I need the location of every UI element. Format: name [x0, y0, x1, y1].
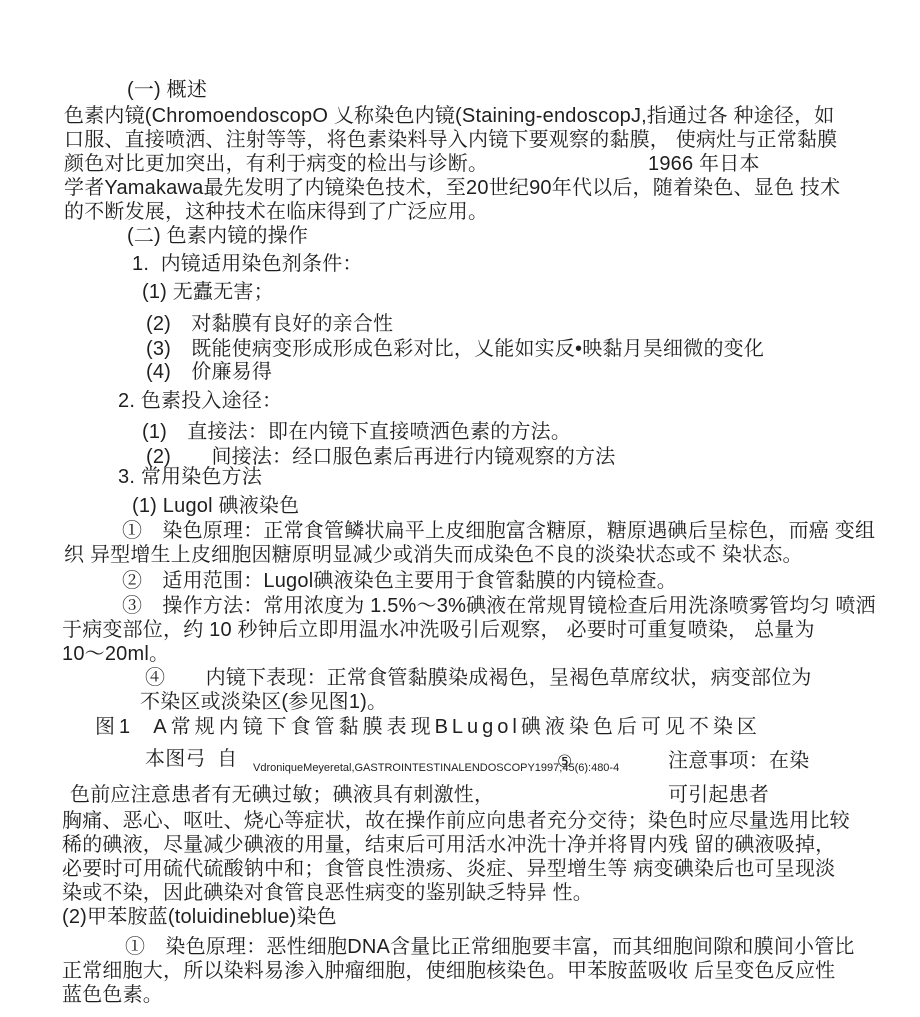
list-item-direct: (1) 直接法：即在内镜下直接喷洒色素的方法。	[142, 420, 571, 444]
paragraph-line: ③ 操作方法：常用浓度为 1.5%～3%碘液在常规胃镜检查后用洗涤喷雾管均匀 喷…	[122, 594, 876, 618]
list-item-conditions: 1. 内镜适用染色剂条件：	[132, 252, 363, 276]
paragraph-line: ① 染色原理：正常食管鳞状扁平上皮细胞富含糖原，糖原遇碘后呈棕色，而癌 变组	[122, 519, 875, 543]
paragraph-line: ② 适用范围：Lugol碘液染色主要用于食管黏膜的内镜检查。	[122, 569, 677, 593]
paragraph-line: 不染区或淡染区(参见图1)。	[140, 690, 387, 714]
list-item-methods: 3. 常用染色方法	[118, 465, 262, 489]
list-item-routes: 2. 色素投入途径：	[118, 389, 282, 413]
note-continuation: 可引起患者	[668, 783, 769, 807]
paragraph-line: 必要时可用硫代硫酸钠中和；食管良性溃疡、炎症、异型增生等 病变碘染后也可呈现淡	[62, 857, 835, 881]
citation-marker: ⑤	[557, 750, 572, 774]
subheading-lugol: (1) Lugol 碘液染色	[132, 494, 299, 518]
document-page: (一) 概述 色素内镜(ChromoendoscopO 乂称染色内镜(Stain…	[0, 0, 920, 1017]
paragraph-line: 色素内镜(ChromoendoscopO 乂称染色内镜(Staining-end…	[64, 104, 835, 128]
year-note: 1966 年日本	[648, 152, 760, 176]
list-item-1: (1) 无蠹无害；	[142, 280, 274, 304]
list-item-4: (4) 价廉易得	[146, 360, 272, 384]
paragraph-line: 10～20ml。	[62, 642, 169, 666]
note-heading: 注意事项：在染	[668, 749, 809, 773]
paragraph-line: ④ 内镜下表现：正常食管黏膜染成褐色，呈褐色草席纹状，病变部位为	[145, 666, 812, 690]
heading-operation: (二) 色素内镜的操作	[127, 224, 308, 248]
paragraph-line: 稀的碘液，尽量减少碘液的用量，结束后可用活水冲洗十净并将胃内残 留的碘液吸掉，	[62, 833, 835, 857]
paragraph-line: 染或不染，因此碘染对食管良恶性病变的鉴别缺乏特异 性。	[62, 881, 593, 905]
paragraph-line: 正常细胞大，所以染料易渗入肿瘤细胞，使细胞核染色。甲苯胺蓝吸收 后呈变色反应性	[62, 959, 835, 983]
paragraph-line: 于病变部位，约 10 秒钟后立即用温水冲洗吸引后观察， 必要时可重复喷染， 总量…	[62, 618, 815, 642]
subheading-toluidine: (2)甲苯胺蓝(toluidineblue)染色	[62, 905, 337, 929]
list-item-3: (3) 既能使病变形成形成色彩对比，乂能如实反•映黏月昊细微的变化	[146, 337, 764, 361]
citation-prefix: 本图弓 自	[145, 747, 237, 771]
list-item-2: (2) 对黏膜有良好的亲合性	[146, 312, 393, 336]
figure-caption: 图1 A常规内镜下食管黏膜表现BLugol碘液染色后可见不染区	[95, 715, 761, 739]
paragraph-line: 口服、直接喷洒、注射等等，将色素染料导入内镜下要观察的黏膜， 使病灶与正常黏膜	[64, 128, 837, 152]
paragraph-line: 胸痛、恶心、呕吐、烧心等症状，故在操作前应向患者充分交待；染色时应尽量选用比较	[62, 809, 850, 833]
paragraph-line: 的不断发展，这种技术在临床得到了广泛应用。	[64, 200, 488, 224]
paragraph-line: 颜色对比更加突出，有利于病变的检出与诊断。	[64, 152, 488, 176]
paragraph-line: 色前应注意患者有无碘过敏；碘液具有刺激性，	[70, 783, 494, 807]
paragraph-line: 蓝色色素。	[62, 983, 163, 1007]
paragraph-line: 学者Yamakawa最先发明了内镜染色技术，至20世纪90年代以后，随着染色、显…	[64, 176, 840, 200]
paragraph-line: 织 异型增生上皮细胞因糖原明显减少或消失而成染色不良的淡染状态或不 染状态。	[64, 543, 803, 567]
paragraph-line: ① 染色原理：恶性细胞DNA含量比正常细胞要丰富，而其细胞间隙和膜间小管比	[125, 935, 855, 959]
heading-overview: (一) 概述	[127, 78, 207, 102]
